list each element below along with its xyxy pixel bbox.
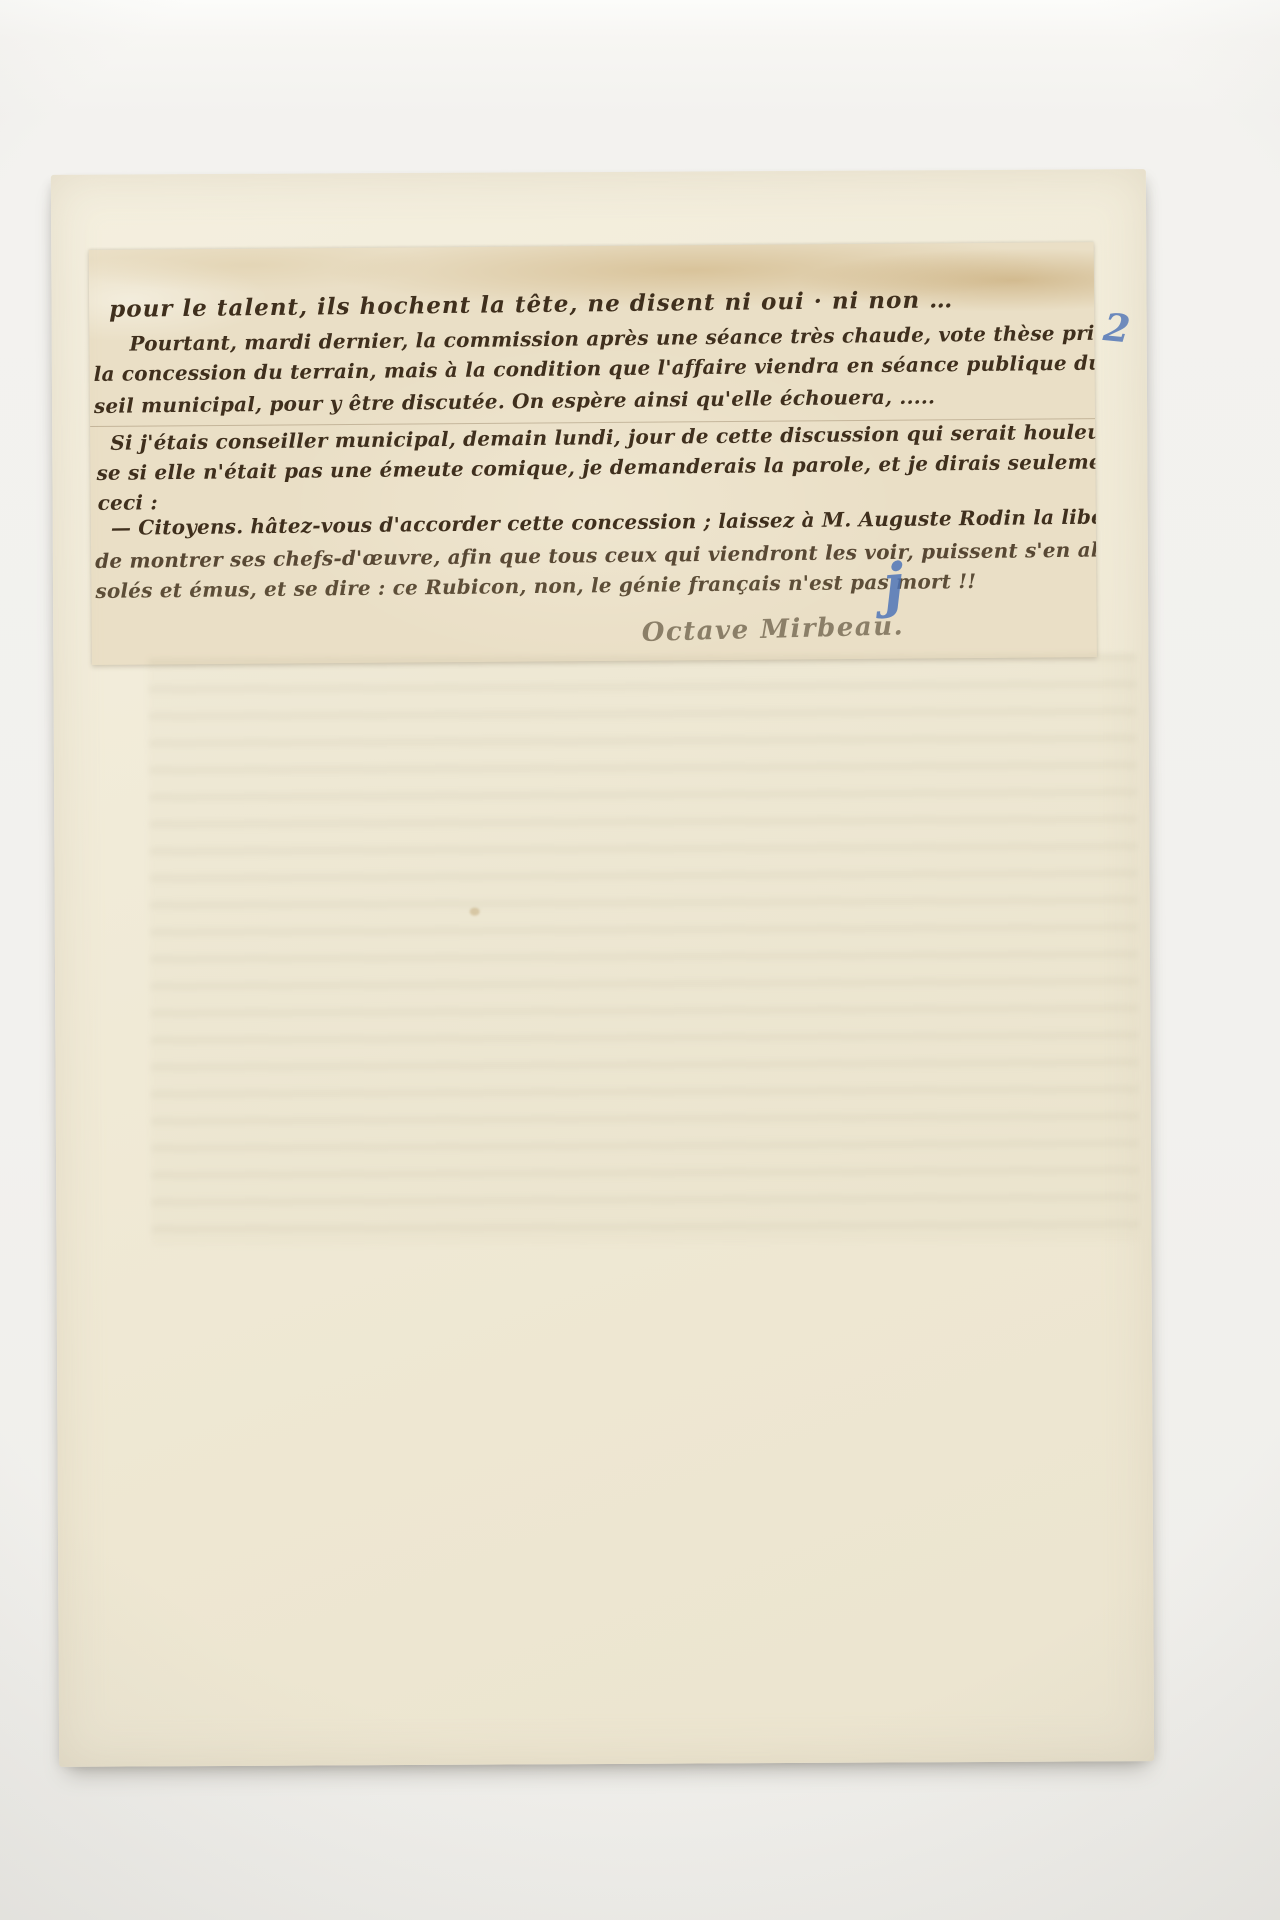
- manuscript-photo: pour le talent, ils hochent la tête, ne …: [0, 0, 1280, 1920]
- author-signature: Octave Mirbeau.: [641, 611, 904, 648]
- manuscript-line: pour le talent, ils hochent la tête, ne …: [109, 286, 953, 323]
- manuscript-line: ceci :: [98, 490, 159, 515]
- manuscript-line: de montrer ses chefs-d'œuvre, afin que t…: [95, 536, 1097, 573]
- manuscript-line: la concession du terrain, mais à la cond…: [94, 350, 1097, 386]
- manuscript-line: se si elle n'était pas une émeute comiqu…: [96, 449, 1097, 485]
- blue-pencil-letter-annotation: j: [881, 555, 906, 614]
- pasted-clipping: pour le talent, ils hochent la tête, ne …: [89, 242, 1097, 665]
- manuscript-page: pour le talent, ils hochent la tête, ne …: [51, 169, 1154, 1767]
- blue-pencil-page-number: 2: [1102, 308, 1132, 348]
- show-through-ghost-text: [148, 653, 1139, 1246]
- manuscript-line: Pourtant, mardi dernier, la commission a…: [129, 320, 1097, 356]
- manuscript-line: seil municipal, pour y être discutée. On…: [94, 384, 935, 418]
- manuscript-line: solés et émus, et se dire : ce Rubicon, …: [95, 569, 976, 603]
- paper-stain: [470, 908, 480, 916]
- manuscript-line: — Citoyens. hâtez-vous d'accorder cette …: [111, 504, 1097, 540]
